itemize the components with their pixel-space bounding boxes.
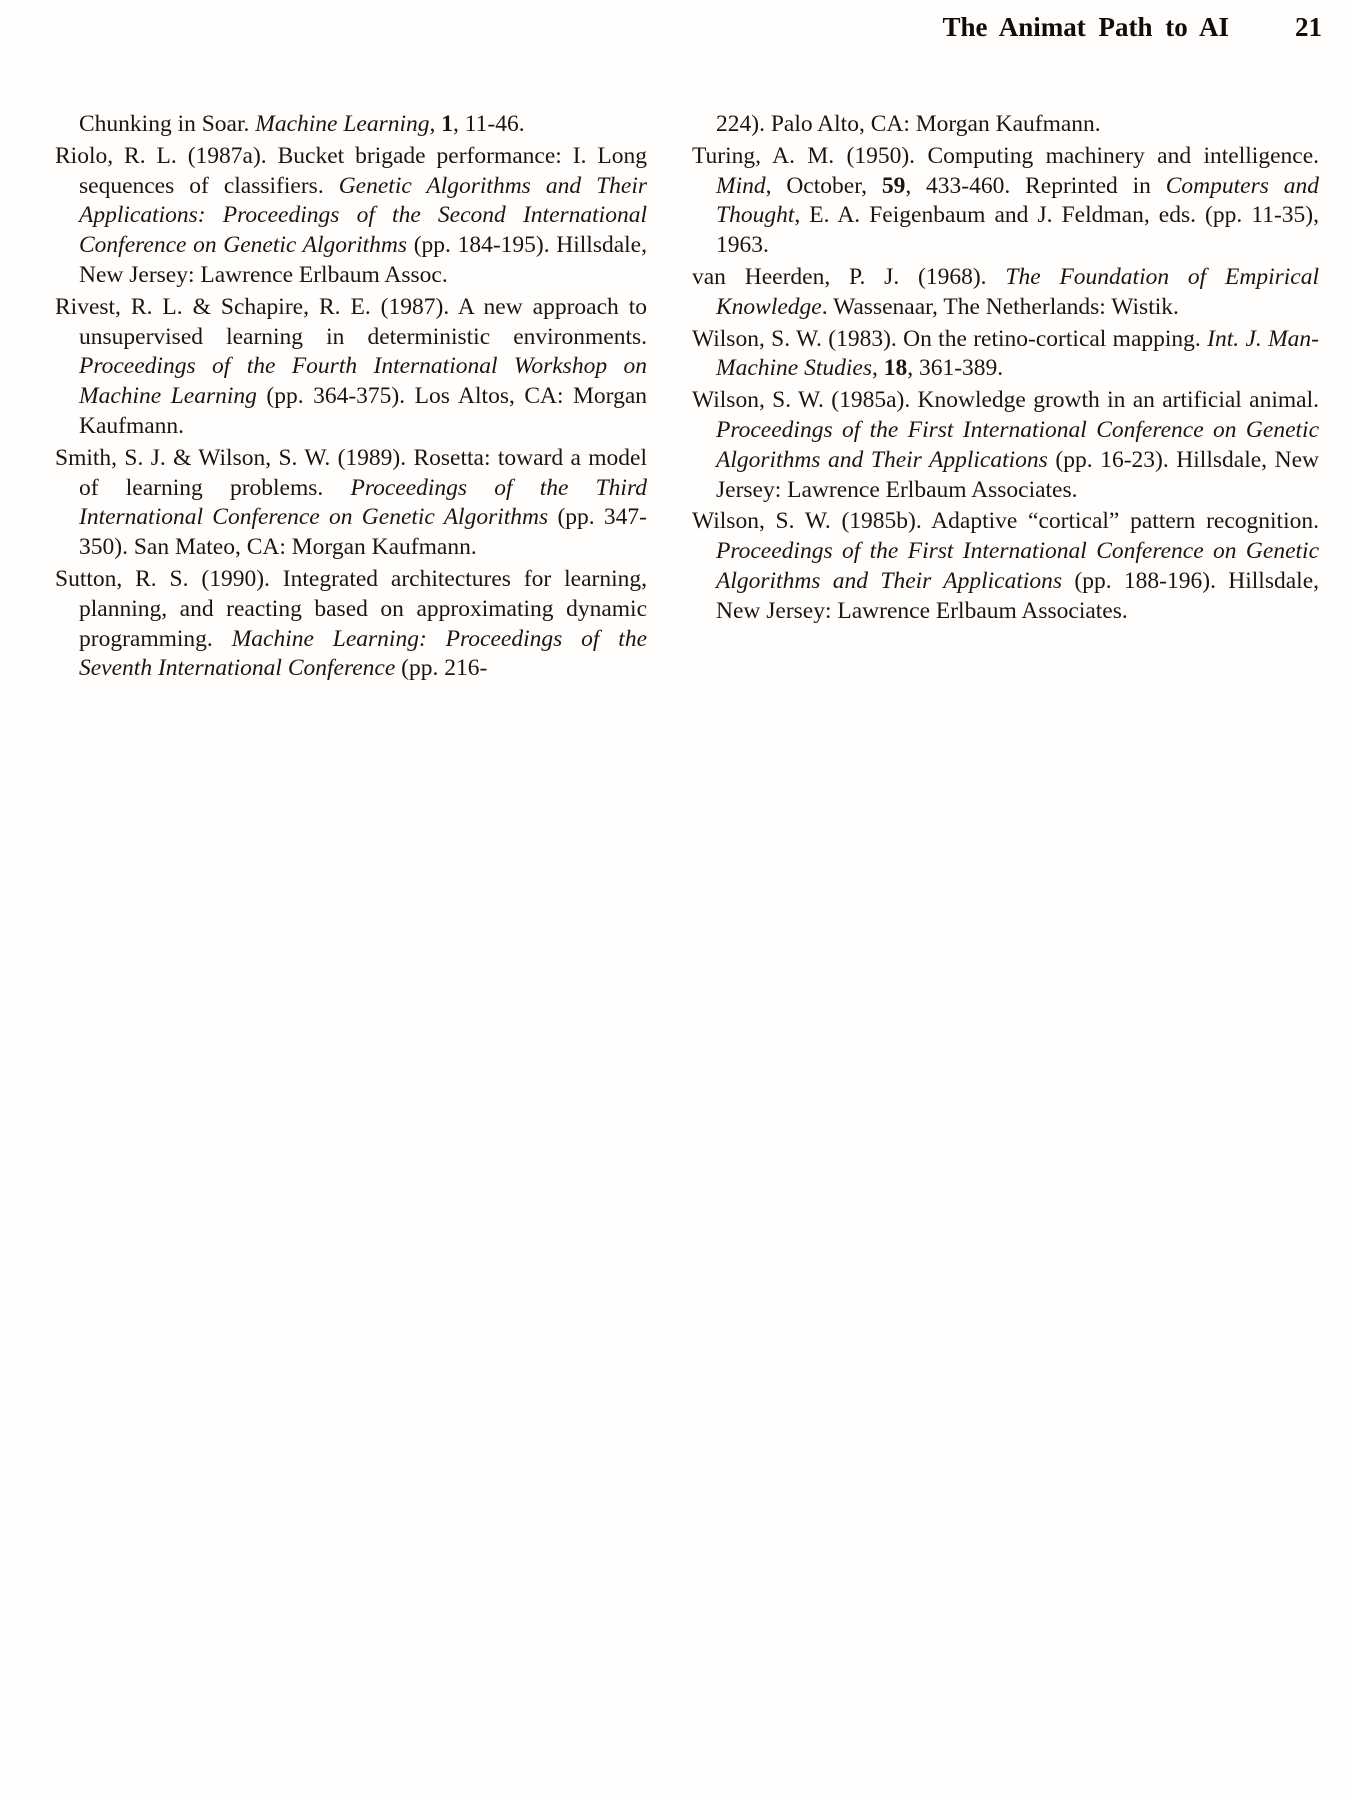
reference-entry: van Heerden, P. J. (1968). The Foundatio… xyxy=(692,263,1319,323)
reference-entry: Wilson, S. W. (1983). On the retino-cort… xyxy=(692,325,1319,385)
reference-text: 224). Palo Alto, CA: Morgan Kaufmann. xyxy=(716,111,1101,137)
reference-text: van Heerden, P. J. (1968). xyxy=(692,264,1005,290)
reference-text: Chunking in Soar. xyxy=(79,111,255,137)
reference-text: , 433-460. Reprinted in xyxy=(905,173,1165,199)
reference-text: , xyxy=(430,111,442,137)
reference-text: , October, xyxy=(766,173,882,199)
reference-text: Wilson, S. W. (1985a). Knowledge growth … xyxy=(692,387,1319,413)
reference-entry: Rivest, R. L. & Schapire, R. E. (1987). … xyxy=(55,293,647,442)
references-right-column: 224). Palo Alto, CA: Morgan Kaufmann.Tur… xyxy=(692,110,1319,627)
reference-text: Turing, A. M. (1950). Computing machiner… xyxy=(692,143,1319,169)
reference-text: (pp. 216- xyxy=(395,655,487,681)
reference-entry: Smith, S. J. & Wilson, S. W. (1989). Ros… xyxy=(55,444,647,563)
reference-italic-title: Machine Learning xyxy=(255,111,429,137)
reference-italic-title: Mind xyxy=(716,173,766,199)
references-left-column: Chunking in Soar. Machine Learning, 1, 1… xyxy=(55,110,647,684)
reference-entry: Wilson, S. W. (1985a). Knowledge growth … xyxy=(692,386,1319,505)
reference-volume-number: 59 xyxy=(882,173,906,199)
reference-text: Wilson, S. W. (1983). On the retino-cort… xyxy=(692,326,1207,352)
reference-entry: Sutton, R. S. (1990). Integrated archite… xyxy=(55,565,647,684)
reference-text: , E. A. Feigenbaum and J. Feldman, eds. … xyxy=(716,202,1319,258)
reference-entry: Chunking in Soar. Machine Learning, 1, 1… xyxy=(55,110,647,140)
reference-entry: Wilson, S. W. (1985b). Adaptive “cortica… xyxy=(692,507,1319,626)
running-header: The Animat Path to AI21 xyxy=(0,12,1322,43)
page-number: 21 xyxy=(1295,12,1322,42)
reference-text: . Wassenaar, The Netherlands: Wistik. xyxy=(822,294,1179,320)
running-header-title: The Animat Path to AI xyxy=(942,12,1229,42)
reference-text: , xyxy=(872,355,884,381)
reference-text: , 11-46. xyxy=(453,111,525,137)
reference-entry: Turing, A. M. (1950). Computing machiner… xyxy=(692,142,1319,261)
reference-text: Rivest, R. L. & Schapire, R. E. (1987). … xyxy=(55,294,647,350)
reference-volume-number: 1 xyxy=(441,111,453,137)
reference-text: Wilson, S. W. (1985b). Adaptive “cortica… xyxy=(692,508,1319,534)
reference-text: , 361-389. xyxy=(907,355,1003,381)
reference-entry: Riolo, R. L. (1987a). Bucket brigade per… xyxy=(55,142,647,291)
reference-volume-number: 18 xyxy=(884,355,908,381)
reference-entry: 224). Palo Alto, CA: Morgan Kaufmann. xyxy=(692,110,1319,140)
